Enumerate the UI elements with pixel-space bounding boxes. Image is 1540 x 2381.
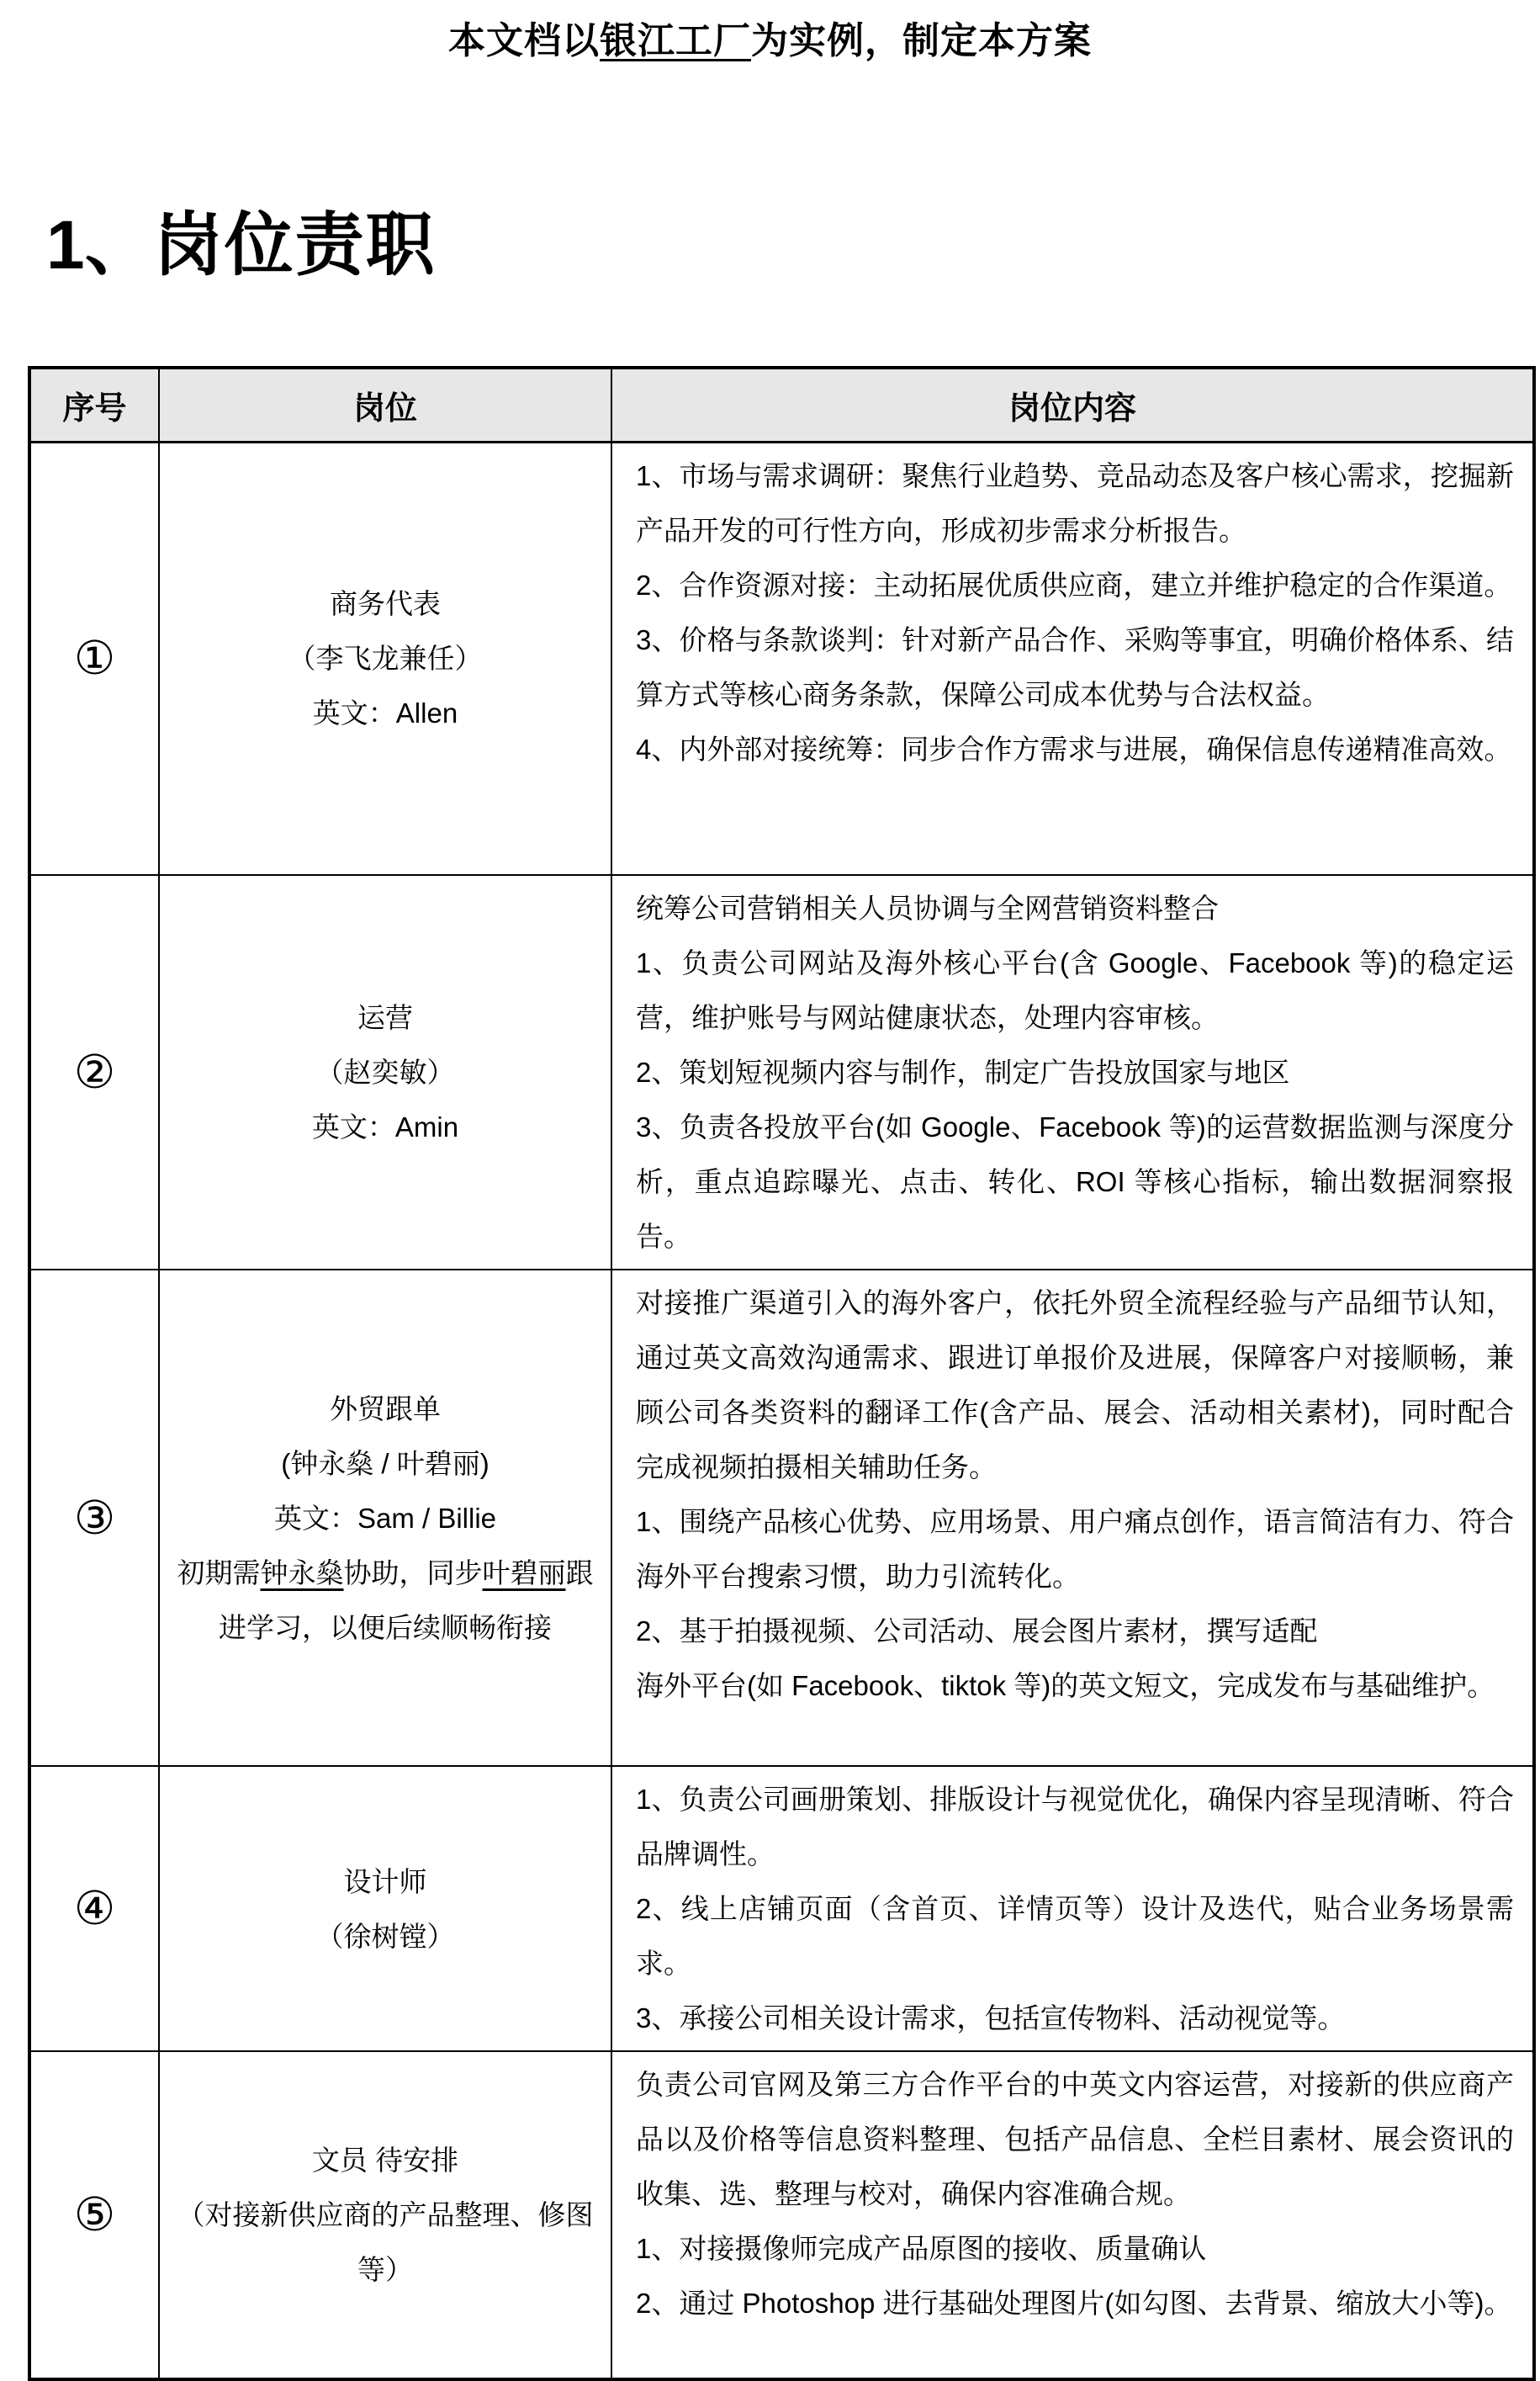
duty-paragraph: 2、策划短视频内容与制作，制定广告投放国家与地区 — [636, 1045, 1514, 1100]
table-row: ③ 外贸跟单(钟永燊 / 叶碧丽)英文：Sam / Billie初期需钟永燊协助… — [29, 1270, 1534, 1766]
duty-paragraph: 1、负责公司网站及海外核心平台(含 Google、Facebook 等)的稳定运… — [636, 936, 1514, 1045]
duty-paragraph: 海外平台(如 Facebook、tiktok 等)的英文短文，完成发布与基础维护… — [636, 1658, 1514, 1713]
position-line: (钟永燊 / 叶碧丽) — [172, 1436, 599, 1491]
document-note: 本文档以银江工厂为实例，制定本方案 — [0, 0, 1540, 64]
position-line: 初期需钟永燊协助，同步叶碧丽跟进学习，以便后续顺畅衔接 — [172, 1546, 599, 1655]
serial-cell: ② — [29, 875, 159, 1270]
table-body: ① 商务代表（李飞龙兼任）英文：Allen 1、市场与需求调研：聚焦行业趋势、竞… — [29, 442, 1534, 2379]
position-cell: 商务代表（李飞龙兼任）英文：Allen — [159, 442, 611, 875]
duty-paragraph: 负责公司官网及第三方合作平台的中英文内容运营，对接新的供应商产品以及价格等信息资… — [636, 2057, 1514, 2221]
duty-paragraph: 3、承接公司相关设计需求，包括宣传物料、活动视觉等。 — [636, 1991, 1514, 2045]
document-page: { "page": { "top_note": { "segments": [ … — [0, 0, 1540, 2381]
duty-paragraph: 2、线上店铺页面（含首页、详情页等）设计及迭代，贴合业务场景需求。 — [636, 1881, 1514, 1991]
section-number: 1、 — [46, 207, 154, 284]
duty-paragraph: 4、内外部对接统筹：同步合作方需求与进展，确保信息传递精准高效。 — [636, 722, 1514, 777]
table-row: ② 运营（赵奕敏）英文：Amin 统筹公司营销相关人员协调与全网营销资料整合1、… — [29, 875, 1534, 1270]
page: 本文档以银江工厂为实例，制定本方案 1、岗位责职 序号 岗位 岗位内容 ① 商务… — [0, 0, 1540, 2381]
position-cell: 设计师（徐树镗） — [159, 1766, 611, 2051]
duty-paragraph: 统筹公司营销相关人员协调与全网营销资料整合 — [636, 881, 1514, 936]
duty-paragraph: 1、负责公司画册策划、排版设计与视觉优化，确保内容呈现清晰、符合品牌调性。 — [636, 1772, 1514, 1881]
position-cell: 运营（赵奕敏）英文：Amin — [159, 875, 611, 1270]
duty-table: 序号 岗位 岗位内容 ① 商务代表（李飞龙兼任）英文：Allen 1、市场与需求… — [28, 366, 1536, 2381]
serial-cell: ⑤ — [29, 2051, 159, 2379]
serial-cell: ④ — [29, 1766, 159, 2051]
serial-number: ③ — [74, 1491, 115, 1545]
position-line: 商务代表 — [172, 576, 599, 631]
position-line: 英文：Sam / Billie — [172, 1491, 599, 1546]
duty-paragraph: 3、负责各投放平台(如 Google、Facebook 等)的运营数据监测与深度… — [636, 1100, 1514, 1264]
position-line: （对接新供应商的产品整理、修图等） — [172, 2187, 599, 2297]
section-title: 岗位责职 — [154, 207, 437, 284]
position-line: 英文：Allen — [172, 686, 599, 740]
position-line: （徐树镗） — [172, 1909, 599, 1964]
table-row: ① 商务代表（李飞龙兼任）英文：Allen 1、市场与需求调研：聚焦行业趋势、竞… — [29, 442, 1534, 875]
serial-number: ① — [74, 631, 115, 685]
serial-cell: ① — [29, 442, 159, 875]
position-line: 英文：Amin — [172, 1100, 599, 1154]
serial-number: ② — [74, 1045, 115, 1099]
duty-paragraph: 3、价格与条款谈判：针对新产品合作、采购等事宜，明确价格体系、结算方式等核心商务… — [636, 612, 1514, 722]
position-cell: 文员 待安排（对接新供应商的产品整理、修图等） — [159, 2051, 611, 2379]
position-line: 设计师 — [172, 1854, 599, 1909]
position-line: 文员 待安排 — [172, 2133, 599, 2187]
position-line: （李飞龙兼任） — [172, 631, 599, 686]
duty-paragraph: 对接推广渠道引入的海外客户，依托外贸全流程经验与产品细节认知，通过英文高效沟通需… — [636, 1275, 1514, 1494]
duties-cell: 对接推广渠道引入的海外客户，依托外贸全流程经验与产品细节认知，通过英文高效沟通需… — [611, 1270, 1534, 1766]
section-heading: 1、岗位责职 — [46, 190, 1540, 289]
duty-paragraph: 1、围绕产品核心优势、应用场景、用户痛点创作，语言简洁有力、符合海外平台搜索习惯… — [636, 1494, 1514, 1604]
duty-paragraph: 2、基于拍摄视频、公司活动、展会图片素材，撰写适配 — [636, 1604, 1514, 1658]
duties-cell: 统筹公司营销相关人员协调与全网营销资料整合1、负责公司网站及海外核心平台(含 G… — [611, 875, 1534, 1270]
duty-paragraph: 2、通过 Photoshop 进行基础处理图片(如勾图、去背景、缩放大小等)。 — [636, 2276, 1514, 2331]
duty-paragraph: 1、市场与需求调研：聚焦行业趋势、竞品动态及客户核心需求，挖掘新产品开发的可行性… — [636, 448, 1514, 558]
table-row: ⑤ 文员 待安排（对接新供应商的产品整理、修图等） 负责公司官网及第三方合作平台… — [29, 2051, 1534, 2379]
table-header: 序号 岗位 岗位内容 — [29, 368, 1534, 442]
header-serial: 序号 — [29, 368, 159, 442]
serial-number: ④ — [74, 1881, 115, 1935]
duty-paragraph: 2、合作资源对接：主动拓展优质供应商，建立并维护稳定的合作渠道。 — [636, 558, 1514, 612]
table-row: ④ 设计师（徐树镗） 1、负责公司画册策划、排版设计与视觉优化，确保内容呈现清晰… — [29, 1766, 1534, 2051]
serial-number: ⑤ — [74, 2187, 115, 2241]
duties-cell: 1、负责公司画册策划、排版设计与视觉优化，确保内容呈现清晰、符合品牌调性。2、线… — [611, 1766, 1534, 2051]
header-duties: 岗位内容 — [611, 368, 1534, 442]
duties-cell: 1、市场与需求调研：聚焦行业趋势、竞品动态及客户核心需求，挖掘新产品开发的可行性… — [611, 442, 1534, 875]
position-line: 外贸跟单 — [172, 1381, 599, 1436]
duties-cell: 负责公司官网及第三方合作平台的中英文内容运营，对接新的供应商产品以及价格等信息资… — [611, 2051, 1534, 2379]
duty-paragraph: 1、对接摄像师完成产品原图的接收、质量确认 — [636, 2221, 1514, 2276]
position-line: （赵奕敏） — [172, 1045, 599, 1100]
position-line: 运营 — [172, 990, 599, 1045]
position-cell: 外贸跟单(钟永燊 / 叶碧丽)英文：Sam / Billie初期需钟永燊协助，同… — [159, 1270, 611, 1766]
serial-cell: ③ — [29, 1270, 159, 1766]
header-position: 岗位 — [159, 368, 611, 442]
